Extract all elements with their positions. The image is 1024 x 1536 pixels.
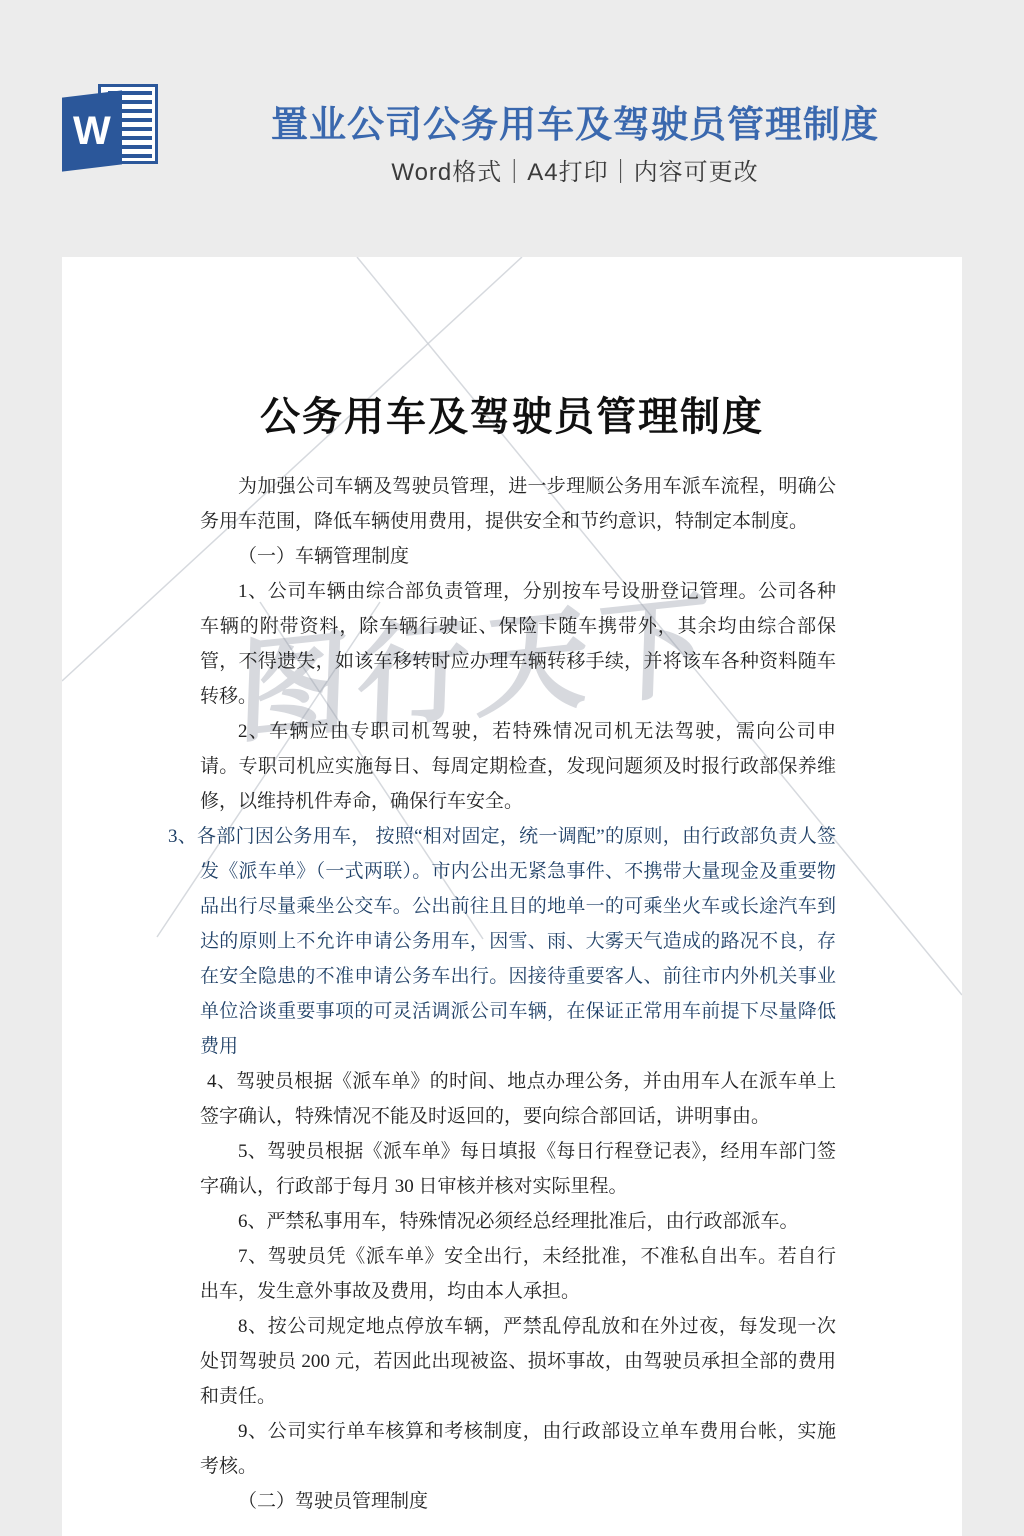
screen: { "header": { "title": "置业公司公务用车及驾驶员管理制度… bbox=[0, 0, 1024, 1536]
doc-paragraph: 4、驾驶员根据《派车单》的时间、地点办理公务，并由用车人在派车单上签字确认，特殊… bbox=[200, 1064, 836, 1134]
doc-paragraph: 6、严禁私事用车，特殊情况必须经总经理批准后，由行政部派车。 bbox=[200, 1204, 836, 1239]
document-title: 公务用车及驾驶员管理制度 bbox=[62, 385, 962, 442]
word-icon-letter: W bbox=[73, 109, 111, 154]
doc-section-heading: （二）驾驶员管理制度 bbox=[200, 1484, 836, 1519]
document-body: 为加强公司车辆及驾驶员管理，进一步理顺公务用车派车流程，明确公务用车范围，降低车… bbox=[200, 469, 836, 1519]
doc-paragraph: 5、驾驶员根据《派车单》每日填报《每日行程登记表》，经用车部门签字确认，行政部于… bbox=[200, 1134, 836, 1204]
doc-paragraph: 8、按公司规定地点停放车辆，严禁乱停乱放和在外过夜，每发现一次处罚驾驶员 200… bbox=[200, 1309, 836, 1414]
doc-paragraph: 7、驾驶员凭《派车单》安全出行，未经批准，不准私自出车。若自行出车，发生意外事故… bbox=[200, 1239, 836, 1309]
doc-section-heading: （一）车辆管理制度 bbox=[200, 539, 836, 574]
doc-paragraph: 9、公司实行单车核算和考核制度，由行政部设立单车费用台帐，实施考核。 bbox=[200, 1414, 836, 1484]
doc-paragraph: 2、车辆应由专职司机驾驶，若特殊情况司机无法驾驶，需向公司申请。专职司机应实施每… bbox=[200, 714, 836, 819]
page-subtitle: Word格式｜A4打印｜内容可更改 bbox=[180, 152, 970, 187]
document-page: 图行天下 公务用车及驾驶员管理制度 为加强公司车辆及驾驶员管理，进一步理顺公务用… bbox=[62, 257, 962, 1536]
word-icon: W bbox=[62, 84, 162, 172]
page-title: 置业公司公务用车及驾驶员管理制度 bbox=[180, 94, 970, 148]
word-icon-cover: W bbox=[62, 90, 122, 171]
doc-paragraph: 为加强公司车辆及驾驶员管理，进一步理顺公务用车派车流程，明确公务用车范围，降低车… bbox=[200, 469, 836, 539]
doc-paragraph: 3、各部门因公务用车， 按照“相对固定，统一调配”的原则，由行政部负责人签发《派… bbox=[200, 819, 836, 1064]
doc-paragraph: 1、公司车辆由综合部负责管理，分别按车号设册登记管理。公司各种车辆的附带资料，除… bbox=[200, 574, 836, 714]
